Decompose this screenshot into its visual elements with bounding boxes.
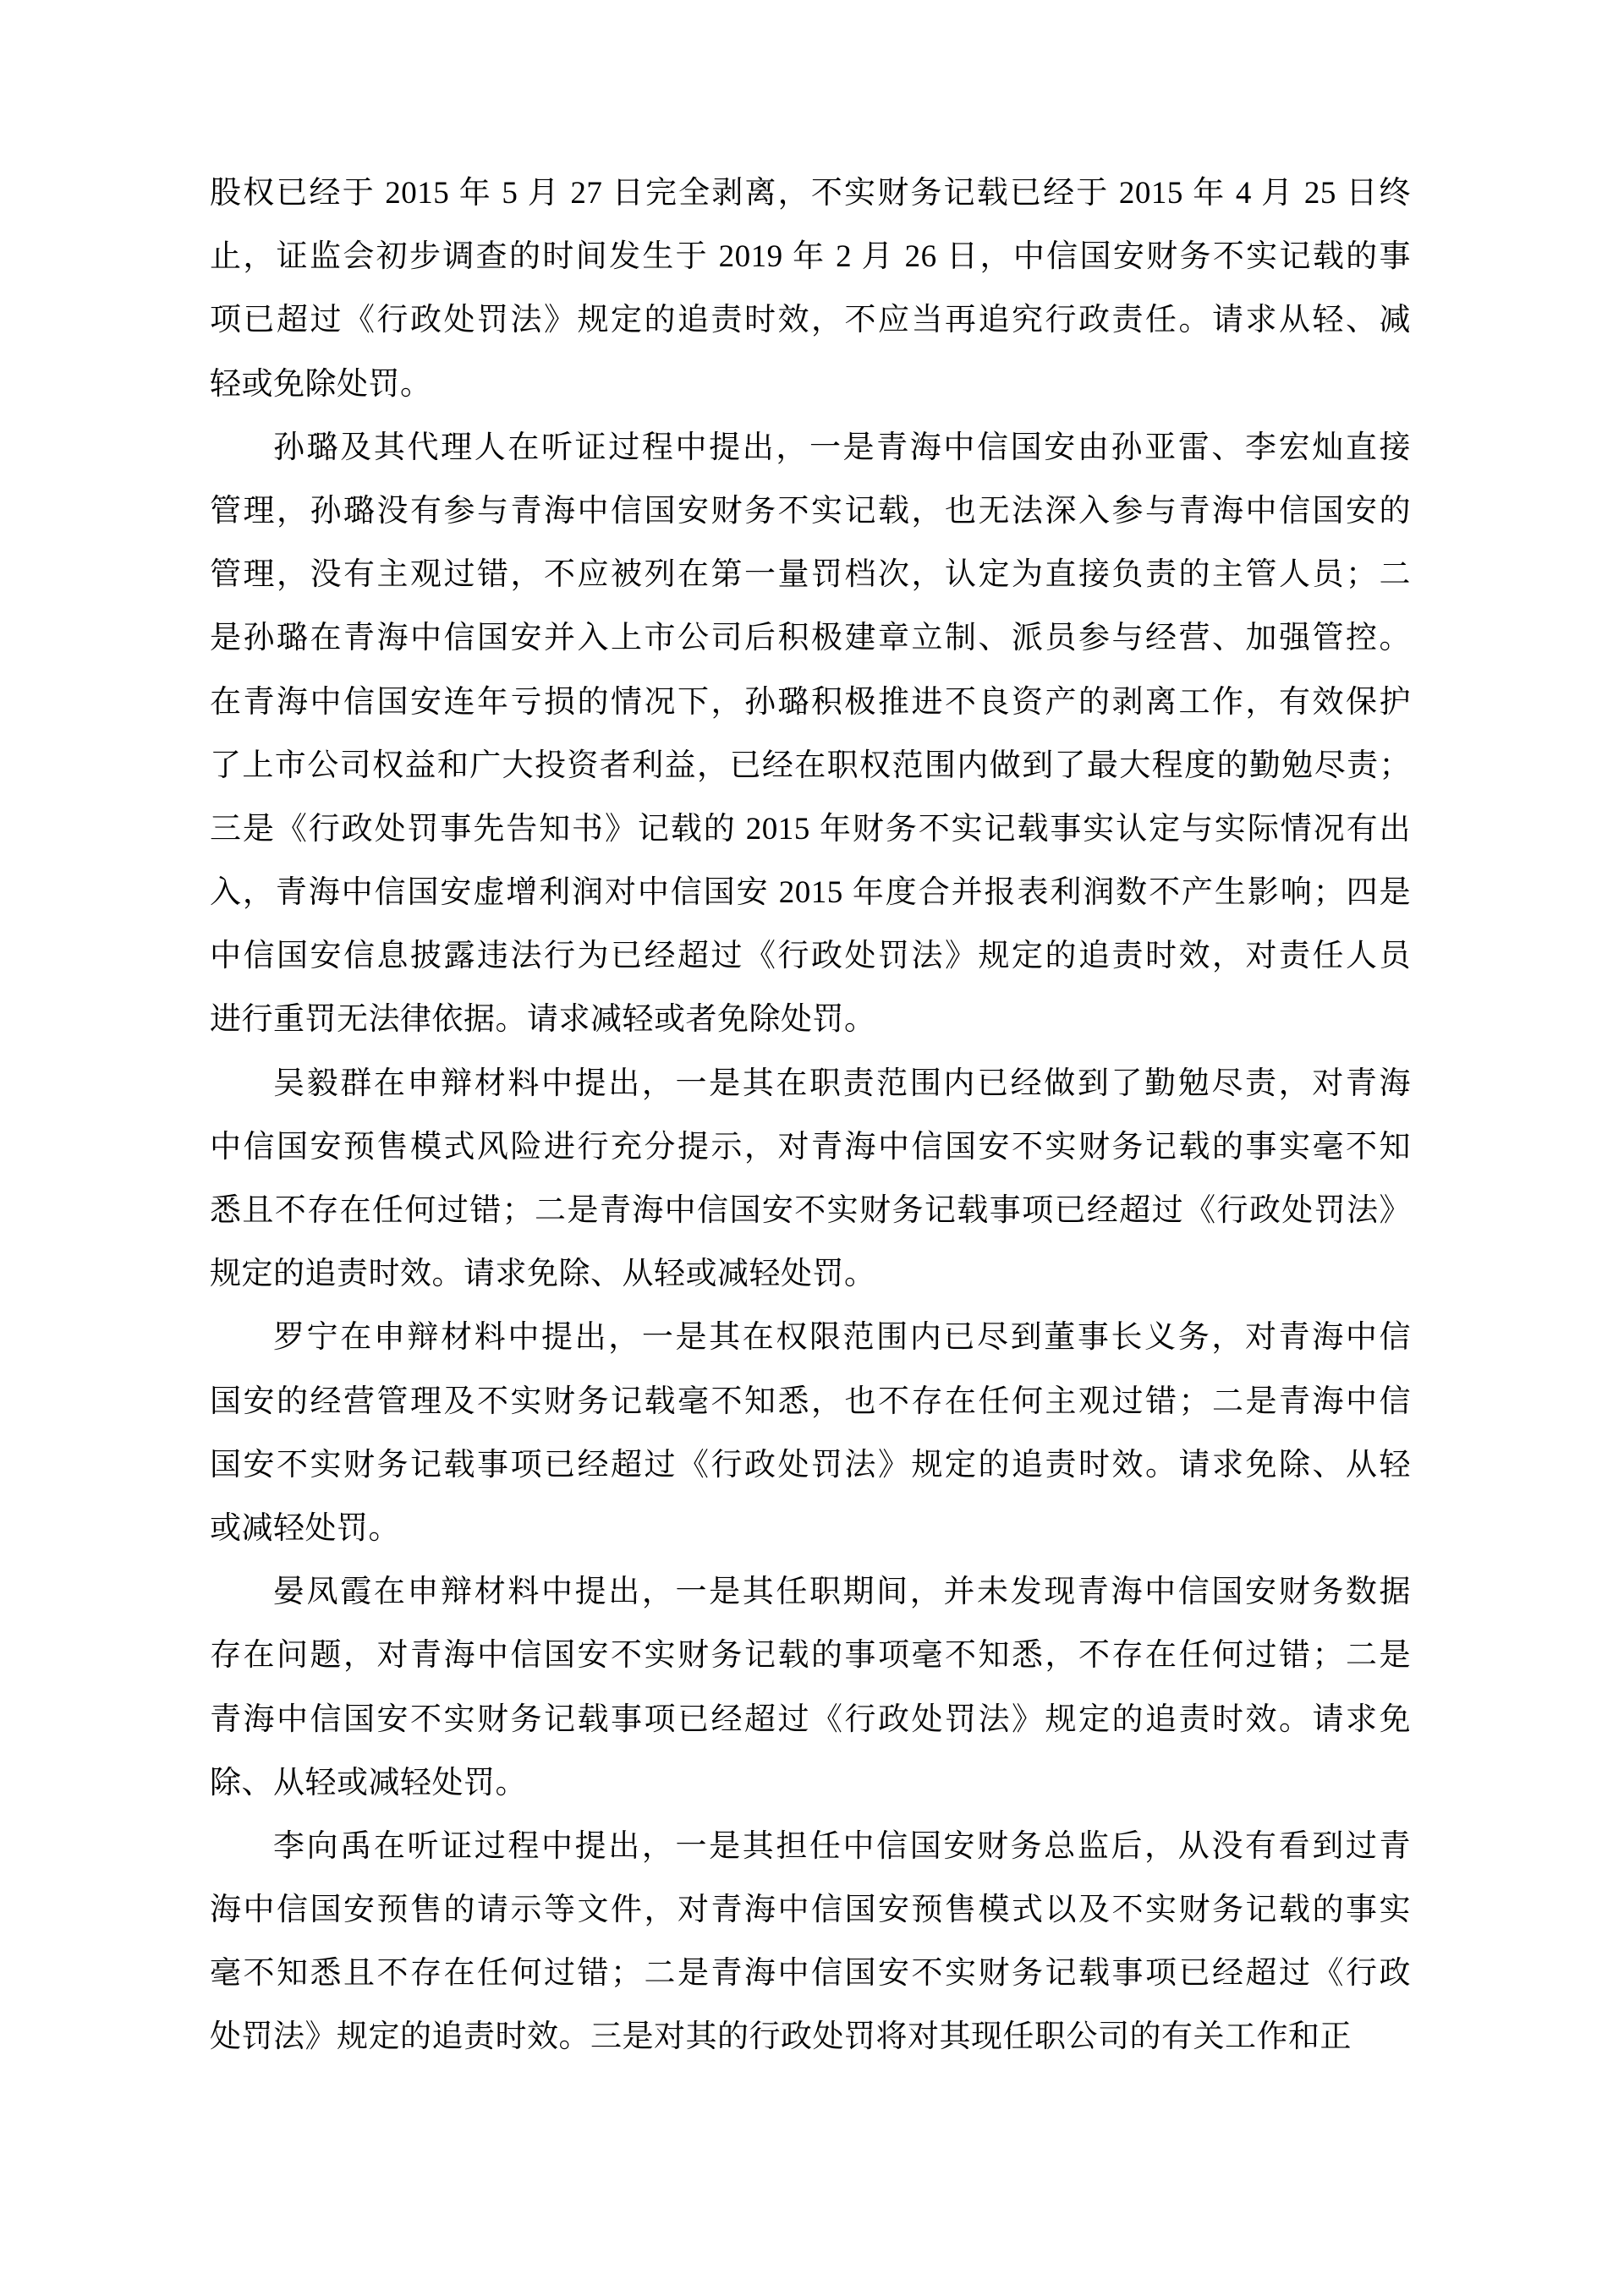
text-line: 入，青海中信国安虚增利润对中信国安 2015 年度合并报表利润数不产生影响；四是 xyxy=(210,861,1411,924)
text-line: 吴毅群在申辩材料中提出，一是其在职责范围内已经做到了勤勉尽责，对青海 xyxy=(210,1052,1411,1115)
text-line: 晏凤霞在申辩材料中提出，一是其任职期间，并未发现青海中信国安财务数据 xyxy=(210,1560,1411,1624)
text-line: 股权已经于 2015 年 5 月 27 日完全剥离，不实财务记载已经于 2015… xyxy=(210,162,1411,225)
text-line: 或减轻处罚。 xyxy=(210,1497,1411,1560)
text-line: 海中信国安预售的请示等文件，对青海中信国安预售模式以及不实财务记载的事实 xyxy=(210,1878,1411,1942)
text-line: 存在问题，对青海中信国安不实财务记载的事项毫不知悉，不存在任何过错；二是 xyxy=(210,1624,1411,1687)
text-line: 青海中信国安不实财务记载事项已经超过《行政处罚法》规定的追责时效。请求免 xyxy=(210,1688,1411,1751)
text-line: 三是《行政处罚事先告知书》记载的 2015 年财务不实记载事实认定与实际情况有出 xyxy=(210,797,1411,861)
text-line: 管理，孙璐没有参与青海中信国安财务不实记载，也无法深入参与青海中信国安的 xyxy=(210,479,1411,543)
text-line: 项已超过《行政处罚法》规定的追责时效，不应当再追究行政责任。请求从轻、减 xyxy=(210,288,1411,352)
text-line: 国安的经营管理及不实财务记载毫不知悉，也不存在任何主观过错；二是青海中信 xyxy=(210,1370,1411,1433)
text-line: 止，证监会初步调查的时间发生于 2019 年 2 月 26 日，中信国安财务不实… xyxy=(210,225,1411,288)
text-line: 进行重罚无法律依据。请求减轻或者免除处罚。 xyxy=(210,988,1411,1051)
text-line: 管理，没有主观过错，不应被列在第一量罚档次，认定为直接负责的主管人员；二 xyxy=(210,543,1411,606)
text-line: 中信国安信息披露违法行为已经超过《行政处罚法》规定的追责时效，对责任人员 xyxy=(210,924,1411,988)
text-line: 轻或免除处罚。 xyxy=(210,353,1411,416)
text-line: 是孙璐在青海中信国安并入上市公司后积极建章立制、派员参与经营、加强管控。 xyxy=(210,606,1411,670)
text-line: 规定的追责时效。请求免除、从轻或减轻处罚。 xyxy=(210,1242,1411,1306)
text-line: 在青海中信国安连年亏损的情况下，孙璐积极推进不良资产的剥离工作，有效保护 xyxy=(210,671,1411,734)
text-line: 中信国安预售模式风险进行充分提示，对青海中信国安不实财务记载的事实毫不知 xyxy=(210,1115,1411,1179)
text-line: 了上市公司权益和广大投资者利益，已经在职权范围内做到了最大程度的勤勉尽责； xyxy=(210,734,1411,797)
text-line: 悉且不存在任何过错；二是青海中信国安不实财务记载事项已经超过《行政处罚法》 xyxy=(210,1179,1411,1242)
document-body: 股权已经于 2015 年 5 月 27 日完全剥离，不实财务记载已经于 2015… xyxy=(210,162,1411,2069)
text-line: 李向禹在听证过程中提出，一是其担任中信国安财务总监后，从没有看到过青 xyxy=(210,1815,1411,1878)
text-line: 国安不实财务记载事项已经超过《行政处罚法》规定的追责时效。请求免除、从轻 xyxy=(210,1433,1411,1497)
text-line: 孙璐及其代理人在听证过程中提出，一是青海中信国安由孙亚雷、李宏灿直接 xyxy=(210,416,1411,479)
document-page: 股权已经于 2015 年 5 月 27 日完全剥离，不实财务记载已经于 2015… xyxy=(0,0,1624,2296)
text-line: 除、从轻或减轻处罚。 xyxy=(210,1751,1411,1815)
text-line: 罗宁在申辩材料中提出，一是其在权限范围内已尽到董事长义务，对青海中信 xyxy=(210,1306,1411,1369)
text-line: 处罚法》规定的追责时效。三是对其的行政处罚将对其现任职公司的有关工作和正 xyxy=(210,2005,1411,2069)
text-line: 毫不知悉且不存在任何过错；二是青海中信国安不实财务记载事项已经超过《行政 xyxy=(210,1942,1411,2005)
